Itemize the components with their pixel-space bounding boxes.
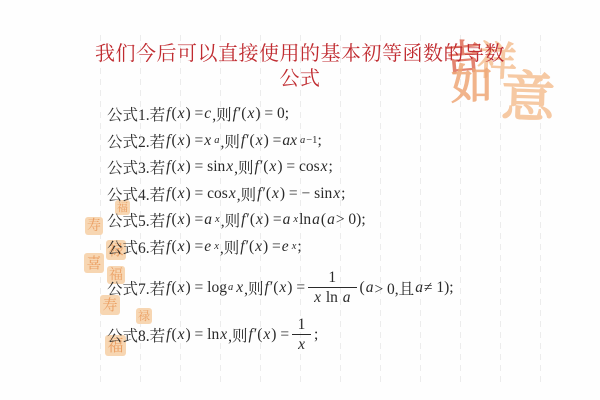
formula-list: 公式1.若f (x) = c,则f ′(x) = 0;公式2.若f (x) = … xyxy=(107,101,590,358)
formula-row: 公式1.若f (x) = c,则f ′(x) = 0; xyxy=(107,101,590,128)
slide-title-line1: 我们今后可以直接使用的基本初等函数的导数 xyxy=(0,42,600,67)
slide-title-line2: 公式 xyxy=(0,67,600,92)
fraction: 1x xyxy=(292,316,311,354)
presentation-slide: 吉 祥 如 意 福 寿 禄 喜 福 寿 禄 福 我们今后可以直接使用的基本初等函… xyxy=(0,0,600,400)
formula-row: 公式7.若f (x) = loga x,则f ′(x) = 1x ln a(a … xyxy=(107,264,590,312)
seal-stamp-icon: 喜 xyxy=(84,253,104,273)
formula-row: 公式8.若f (x) = ln x,则f ′(x) = 1x; xyxy=(107,312,590,358)
formula-row: 公式2.若f (x) = xa,则f ′(x) = axa−1; xyxy=(107,128,590,155)
formula-row: 公式4.若f (x) = cos x,则f ′(x) = − sin x; xyxy=(107,181,590,208)
formula-row: 公式6.若f (x) = ex,则f ′(x) = ex; xyxy=(107,234,590,261)
seal-stamp-icon: 寿 xyxy=(85,217,103,235)
slide-title: 我们今后可以直接使用的基本初等函数的导数 公式 xyxy=(0,42,600,92)
formula-row: 公式5.若f (x) = ax,则f ′(x) = ax ln a(a > 0)… xyxy=(107,207,590,234)
fraction: 1x ln a xyxy=(308,269,356,307)
formula-row: 公式3.若f (x) = sin x,则f ′(x) = cos x; xyxy=(107,154,590,181)
